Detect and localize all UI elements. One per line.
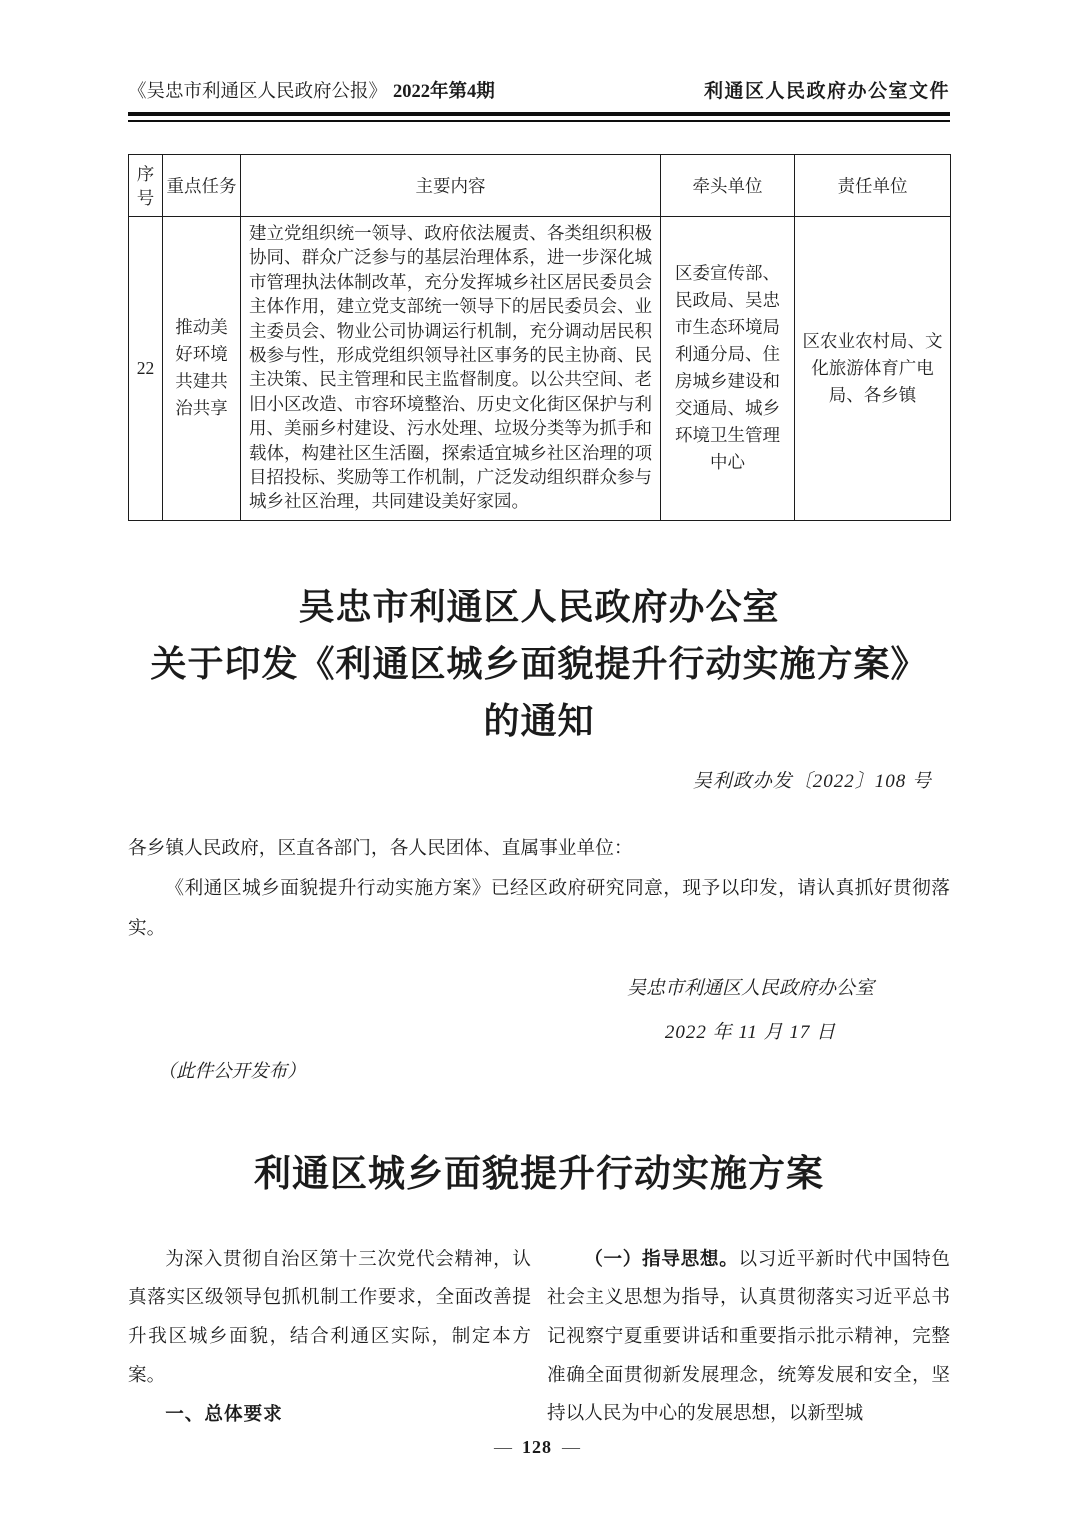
- right-paragraph-lead: （一）指导思想。: [584, 1249, 738, 1270]
- gazette-issue: 2022年第4期: [393, 82, 495, 102]
- signer-name: 吴忠市利通区人民政府办公室: [627, 973, 874, 1000]
- gazette-title: 《吴忠市利通区人民政府公报》2022年第4期: [128, 77, 495, 103]
- right-paragraph: （一）指导思想。以习近平新时代中国特色社会主义思想为指导，认真贯彻落实习近平总书…: [547, 1241, 950, 1434]
- signature-block: 吴忠市利通区人民政府办公室 2022 年 11 月 17 日: [627, 973, 874, 1044]
- footer-dash-right: —: [562, 1437, 580, 1457]
- two-column-body: 为深入贯彻自治区第十三次党代会精神，认真落实区级领导包抓机制工作要求，全面改善提…: [128, 1241, 950, 1434]
- signature-date: 2022 年 11 月 17 日: [627, 1017, 874, 1044]
- column-header-no: 序号: [129, 155, 163, 217]
- notice-body: 《利通区城乡面貌提升行动实施方案》已经区政府研究同意，现予以印发，请认真抓好贯彻…: [128, 869, 950, 949]
- column-header-lead-unit: 牵头单位: [661, 155, 795, 217]
- left-paragraph: 为深入贯彻自治区第十三次党代会精神，认真落实区级领导包抓机制工作要求，全面改善提…: [128, 1241, 531, 1395]
- notice-title-line3: 的通知: [483, 701, 594, 741]
- cell-no: 22: [129, 217, 163, 521]
- page-footer: —128—: [0, 1437, 1074, 1458]
- right-column: （一）指导思想。以习近平新时代中国特色社会主义思想为指导，认真贯彻落实习近平总书…: [547, 1241, 950, 1434]
- public-release-note: （此件公开发布）: [128, 1057, 950, 1083]
- office-document-label: 利通区人民政府办公室文件: [704, 76, 950, 103]
- table-row: 22 推动美好环境共建共治共享 建立党组织统一领导、政府依法履责、各类组织积极协…: [129, 217, 951, 521]
- notice-title-line1: 吴忠市利通区人民政府办公室: [298, 587, 779, 627]
- task-table: 序号 重点任务 主要内容 牵头单位 责任单位 22 推动美好环境共建共治共享 建…: [128, 154, 951, 521]
- left-column: 为深入贯彻自治区第十三次党代会精神，认真落实区级领导包抓机制工作要求，全面改善提…: [128, 1241, 531, 1434]
- table-header-row: 序号 重点任务 主要内容 牵头单位 责任单位: [129, 155, 951, 217]
- column-header-task: 重点任务: [163, 155, 241, 217]
- notice-title: 吴忠市利通区人民政府办公室 关于印发《利通区城乡面貌提升行动实施方案》 的通知: [128, 579, 950, 750]
- cell-lead-unit: 区委宣传部、民政局、吴忠市生态环境局利通分局、住房城乡建设和交通局、城乡环境卫生…: [661, 217, 795, 521]
- page-number: 128: [522, 1437, 552, 1457]
- footer-dash-left: —: [494, 1437, 512, 1457]
- document-number: 吴利政办发〔2022〕108 号: [128, 766, 950, 793]
- column-header-content: 主要内容: [241, 155, 661, 217]
- header-double-rule: [128, 112, 950, 122]
- plan-title: 利通区城乡面貌提升行动实施方案: [128, 1143, 950, 1197]
- gazette-page: 《吴忠市利通区人民政府公报》2022年第4期 利通区人民政府办公室文件 序号 重…: [0, 0, 1074, 1520]
- column-header-resp-unit: 责任单位: [795, 155, 951, 217]
- cell-task: 推动美好环境共建共治共享: [163, 217, 241, 521]
- section-heading: 一、总体要求: [128, 1395, 531, 1434]
- right-paragraph-text: 以习近平新时代中国特色社会主义思想为指导，认真贯彻落实习近平总书记视察宁夏重要讲…: [547, 1249, 950, 1424]
- gazette-name: 《吴忠市利通区人民政府公报》: [128, 82, 387, 102]
- cell-resp-unit: 区农业农村局、文化旅游体育广电局、各乡镇: [795, 217, 951, 521]
- notice-title-line2: 关于印发《利通区城乡面貌提升行动实施方案》: [150, 644, 927, 684]
- cell-content: 建立党组织统一领导、政府依法履责、各类组织积极协同、群众广泛参与的基层治理体系，…: [241, 217, 661, 521]
- salutation: 各乡镇人民政府，区直各部门，各人民团体、直属事业单位：: [128, 829, 950, 869]
- page-header: 《吴忠市利通区人民政府公报》2022年第4期 利通区人民政府办公室文件: [128, 76, 950, 103]
